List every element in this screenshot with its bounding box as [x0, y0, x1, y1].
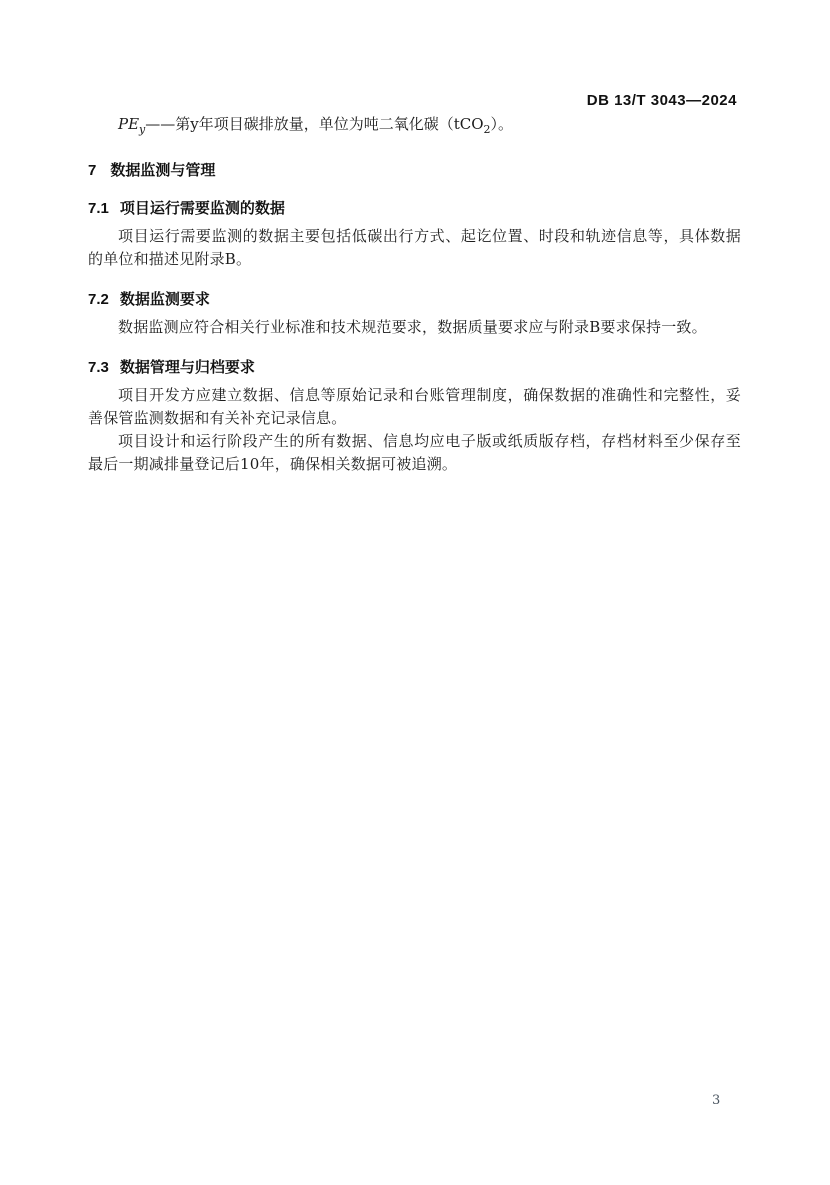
- symbol-definition-tail: ）。: [491, 115, 514, 133]
- chapter-heading: 7数据监测与管理: [88, 161, 741, 180]
- section-heading-7-2: 7.2数据监测要求: [88, 290, 741, 309]
- page-header: DB 13/T 3043—2024: [587, 90, 737, 109]
- co2-subscript: 2: [484, 123, 491, 136]
- chapter-number: 7: [88, 162, 96, 179]
- paragraph: 项目设计和运行阶段产生的所有数据、信息均应电子版或纸质版存档，存档材料至少保存至…: [88, 430, 741, 476]
- paragraph: 项目开发方应建立数据、信息等原始记录和台账管理制度，确保数据的准确性和完整性，妥…: [88, 384, 741, 430]
- paragraph: 数据监测应符合相关行业标准和技术规范要求，数据质量要求应与附录B要求保持一致。: [88, 316, 741, 339]
- section-number: 7.2: [88, 291, 109, 308]
- symbol-pe: PE: [118, 115, 139, 133]
- section-title: 数据管理与归档要求: [120, 359, 255, 376]
- section-number: 7.1: [88, 200, 109, 217]
- standard-code: DB 13/T 3043—2024: [587, 92, 737, 109]
- paragraph: 项目运行需要监测的数据主要包括低碳出行方式、起讫位置、时段和轨迹信息等，具体数据…: [88, 225, 741, 271]
- section-heading-7-1: 7.1项目运行需要监测的数据: [88, 199, 741, 218]
- document-page: DB 13/T 3043—2024 PEy——第y年项目碳排放量，单位为吨二氧化…: [0, 0, 830, 1185]
- document-content: PEy——第y年项目碳排放量，单位为吨二氧化碳（tCO2）。 7数据监测与管理 …: [88, 113, 741, 476]
- page-number: 3: [712, 1093, 720, 1108]
- section-heading-7-3: 7.3数据管理与归档要求: [88, 358, 741, 377]
- symbol-definition-line: PEy——第y年项目碳排放量，单位为吨二氧化碳（tCO2）。: [88, 113, 741, 136]
- section-title: 数据监测要求: [120, 291, 210, 308]
- chapter-title: 数据监测与管理: [110, 162, 215, 179]
- section-title: 项目运行需要监测的数据: [120, 200, 285, 217]
- symbol-definition-text: ——第y年项目碳排放量，单位为吨二氧化碳（tCO: [145, 115, 483, 133]
- section-number: 7.3: [88, 359, 109, 376]
